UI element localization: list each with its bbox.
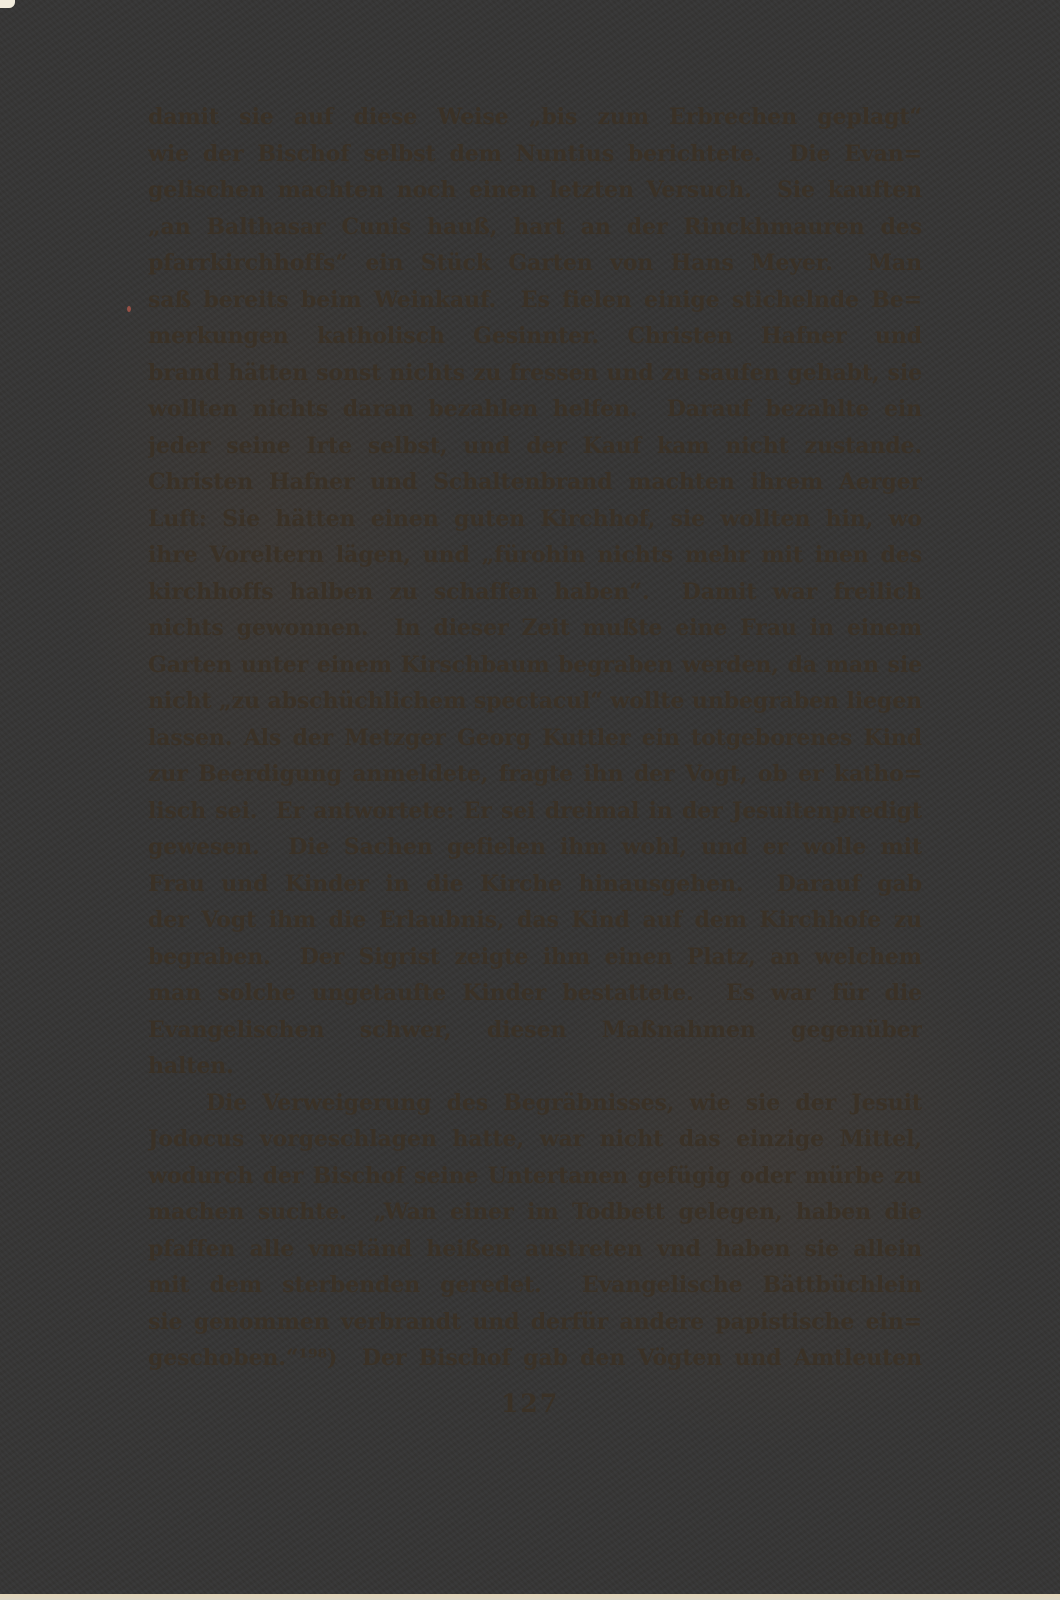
text-line: brand hätten sonst nichts zu fressen und… xyxy=(148,355,922,392)
text-line: damit sie auf diese Weise „bis zum Erbre… xyxy=(148,99,922,136)
text-line: halten. xyxy=(148,1048,922,1085)
text-line: lassen. Als der Metzger Georg Kuttler ei… xyxy=(148,720,922,757)
scanned-book-page: damit sie auf diese Weise „bis zum Erbre… xyxy=(0,0,1060,1600)
text-line: Jodocus vorgeschlagen hatte, war nicht d… xyxy=(148,1121,922,1158)
text-line: gelischen machten noch einen letzten Ver… xyxy=(148,172,922,209)
text-line: Frau und Kinder in die Kirche hinausgehe… xyxy=(148,866,922,903)
text-line: kirchhoffs halben zu schaffen haben“. Da… xyxy=(148,574,922,611)
text-line: lisch sei. Er antwortete: Er sei dreimal… xyxy=(148,793,922,830)
scan-edge-artifact xyxy=(0,0,15,8)
text-line: zur Beerdigung anmeldete, fragte ihn der… xyxy=(148,756,922,793)
text-line: Evangelischen schwer, diesen Maßnahmen g… xyxy=(148,1012,922,1049)
text-line: wie der Bischof selbst dem Nuntius beric… xyxy=(148,136,922,173)
text-line: sie genommen verbrandt und derfür andere… xyxy=(148,1304,922,1341)
text-line: Die Verweigerung des Begräbnisses, wie s… xyxy=(148,1085,922,1122)
text-line: saß bereits beim Weinkauf. Es fielen ein… xyxy=(148,282,922,319)
text-line: Luft: Sie hätten einen guten Kirchhof, s… xyxy=(148,501,922,538)
text-line: begraben. Der Sigrist zeigte ihm einen P… xyxy=(148,939,922,976)
text-line: Christen Hafner und Schaltenbrand machte… xyxy=(148,464,922,501)
text-line: „an Balthasar Cunis hauß, hart an der Ri… xyxy=(148,209,922,246)
scan-edge-bottom xyxy=(0,1594,1060,1600)
text-line: pfaffen alle vmständ heißen austreten vn… xyxy=(148,1231,922,1268)
text-line: mit dem sterbenden geredet. Evangelische… xyxy=(148,1267,922,1304)
text-line: merkungen katholisch Gesinnter. Christen… xyxy=(148,318,922,355)
body-text: damit sie auf diese Weise „bis zum Erbre… xyxy=(148,99,922,1377)
text-line: nicht „zu abschüchlichem spectacul“ woll… xyxy=(148,683,922,720)
text-line: machen suchte. „Wan einer im Todbett gel… xyxy=(148,1194,922,1231)
text-line: pfarrkirchhoffs“ ein Stück Garten von Ha… xyxy=(148,245,922,282)
page-number: 127 xyxy=(0,1389,1060,1418)
text-line: wollten nichts daran bezahlen helfen. Da… xyxy=(148,391,922,428)
text-line: man solche ungetaufte Kinder bestattete.… xyxy=(148,975,922,1012)
text-line: ihre Voreltern lägen, und „fürohin nicht… xyxy=(148,537,922,574)
text-line: nichts gewonnen. In dieser Zeit mußte ei… xyxy=(148,610,922,647)
text-line: Garten unter einem Kirschbaum begraben w… xyxy=(148,647,922,684)
text-line: jeder seine Irte selbst, und der Kauf ka… xyxy=(148,428,922,465)
text-line: gewesen. Die Sachen gefielen ihm wohl, u… xyxy=(148,829,922,866)
text-line: wodurch der Bischof seine Untertanen gef… xyxy=(148,1158,922,1195)
paper-speck xyxy=(127,306,131,312)
text-line: geschoben.“¹⁹⁸) Der Bischof gab den Vögt… xyxy=(148,1340,922,1377)
text-line: der Vogt ihm die Erlaubnis, das Kind auf… xyxy=(148,902,922,939)
